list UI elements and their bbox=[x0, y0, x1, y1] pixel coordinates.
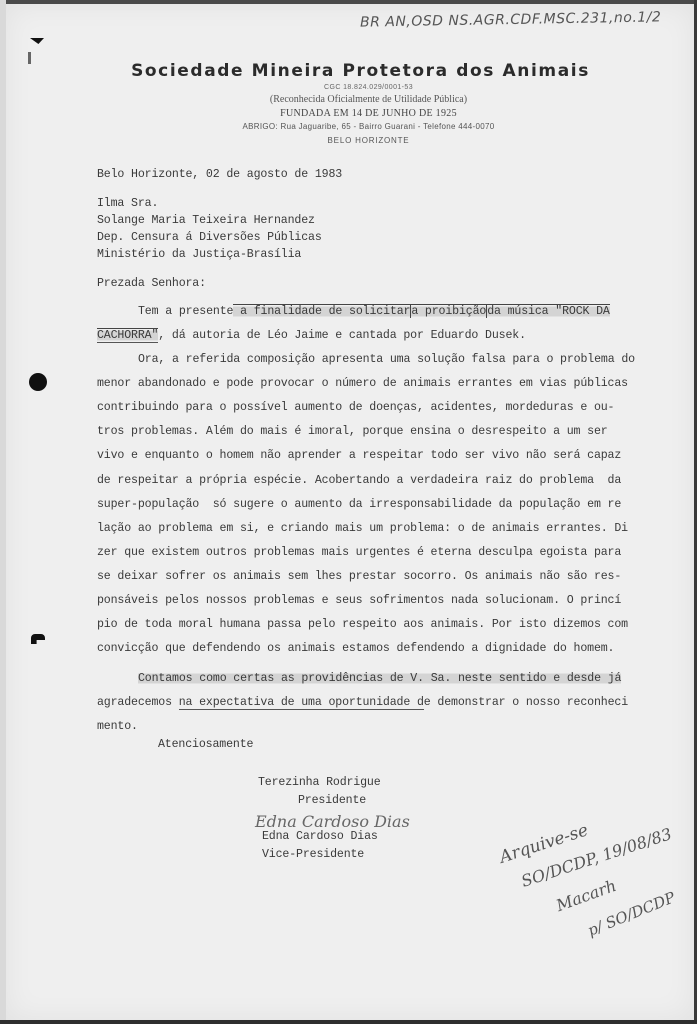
paragraph-2-line: Ora, a referida composição apresenta uma… bbox=[138, 353, 635, 366]
recipient-line: Ilma Sra. bbox=[97, 197, 158, 210]
recipient-line: Ministério da Justiça-Brasília bbox=[97, 248, 301, 261]
signatory-name: Edna Cardoso Dias bbox=[262, 830, 378, 843]
paragraph-3-line: agradecemos na expectativa de uma oportu… bbox=[97, 696, 628, 709]
paragraph-1-line: CACHORRA", dá autoria de Léo Jaime e can… bbox=[97, 329, 526, 342]
recognition-line: (Reconhecida Oficialmente de Utilidade P… bbox=[20, 94, 697, 105]
date-line: Belo Horizonte, 02 de agosto de 1983 bbox=[97, 168, 342, 181]
recipient-line: Solange Maria Teixeira Hernandez bbox=[97, 214, 315, 227]
paragraph-2-line: zer que existem outros problemas mais ur… bbox=[97, 546, 621, 559]
handwritten-signature: Edna Cardoso Dias bbox=[255, 812, 410, 831]
organization-name: Sociedade Mineira Protetora dos Animais bbox=[12, 61, 697, 81]
signatory-title: Vice-Presidente bbox=[262, 848, 364, 861]
recipient-line: Dep. Censura á Diversões Públicas bbox=[97, 231, 322, 244]
paragraph-2-line: se deixar sofrer os animais sem lhes pre… bbox=[97, 570, 621, 583]
signatory-title: Presidente bbox=[298, 794, 366, 807]
paragraph-2-line: vivo e enquanto o homem não aprender a r… bbox=[97, 449, 621, 462]
founded-line: FUNDADA EM 14 DE JUNHO DE 1925 bbox=[20, 108, 697, 119]
closing: Atenciosamente bbox=[158, 738, 253, 751]
cgc-number: CGC 18.824.029/0001-53 bbox=[20, 84, 697, 91]
letterhead-city: BELO HORIZONTE bbox=[20, 136, 697, 145]
scan-edge-left bbox=[0, 0, 6, 1024]
punch-hole-icon bbox=[29, 373, 47, 391]
shelter-address: ABRIGO: Rua Jaguaribe, 65 - Bairro Guara… bbox=[20, 122, 697, 131]
signatory-name: Terezinha Rodrigue bbox=[258, 776, 381, 789]
paragraph-1-line: Tem a presente a finalidade de solicitar… bbox=[138, 305, 610, 318]
paragraph-3-line: mento. bbox=[97, 720, 138, 733]
paragraph-2-line: de respeitar a própria espécie. Acoberta… bbox=[97, 474, 621, 487]
paragraph-2-line: pio de toda moral humana passa pelo resp… bbox=[97, 618, 628, 631]
paragraph-2-line: ponsáveis pelos nossos problemas e seus … bbox=[97, 594, 621, 607]
paragraph-2-line: tros problemas. Além do mais é imoral, p… bbox=[97, 425, 608, 438]
paragraph-2-line: menor abandonado e pode provocar o númer… bbox=[97, 377, 628, 390]
salutation: Prezada Senhora: bbox=[97, 277, 206, 290]
paragraph-2-line: convicção que defendendo os animais esta… bbox=[97, 642, 614, 655]
scan-edge-bottom bbox=[0, 1020, 697, 1024]
paragraph-2-line: super-população só sugere o aumento da i… bbox=[97, 498, 621, 511]
paragraph-3-line: Contamos como certas as providências de … bbox=[138, 672, 621, 685]
paragraph-2-line: lação ao problema em si, e criando mais … bbox=[97, 522, 628, 535]
paragraph-2-line: contribuindo para o possível aumento de … bbox=[97, 401, 614, 414]
